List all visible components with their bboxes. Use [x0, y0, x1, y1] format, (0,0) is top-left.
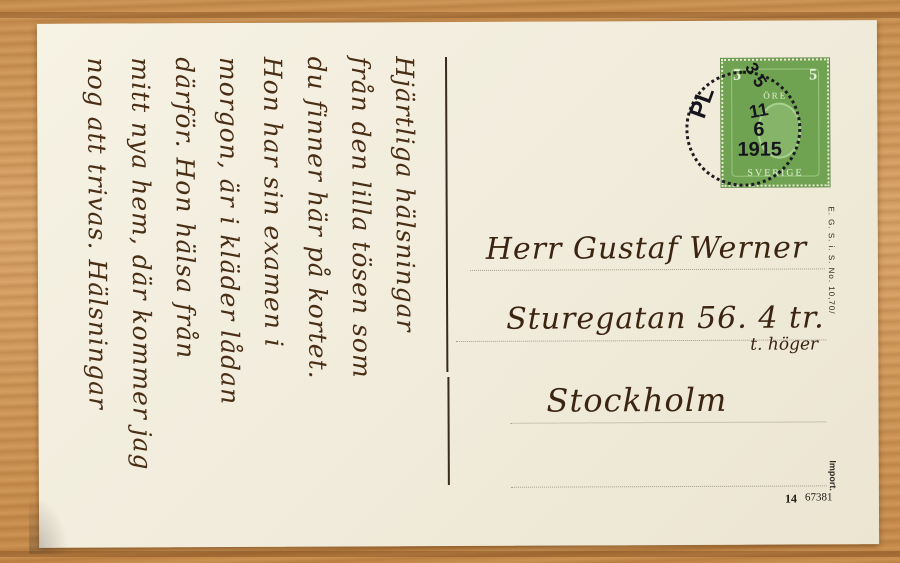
- message-area: Hjärtliga hälsningar från den lilla töse…: [59, 56, 441, 538]
- divider-line: [445, 57, 448, 372]
- address-floor-note: t. höger: [750, 334, 818, 354]
- serial-prefix: 14: [785, 492, 797, 507]
- address-rule: [511, 485, 827, 487]
- message-line: morgon, är i kläder lådan: [214, 57, 245, 405]
- divider-line: [447, 377, 449, 485]
- message-line: därför. Hon hälsa från: [170, 57, 200, 359]
- import-label: Import.: [828, 460, 838, 491]
- wood-grain: [0, 12, 900, 18]
- address-street: Sturegatan 56. 4 tr.: [506, 300, 825, 336]
- publisher-imprint: E. G. S. i. S. No. 10,70/: [827, 206, 836, 314]
- message-line: Hjärtliga hälsningar: [390, 56, 420, 332]
- message-line: från den lilla tösen som: [346, 56, 376, 378]
- address-name: Herr Gustaf Werner: [486, 230, 807, 266]
- address-rule: [470, 268, 825, 271]
- address-city: Stockholm: [546, 381, 727, 420]
- postmark-year: 1915: [737, 139, 782, 162]
- stamp-value-right: 5: [809, 66, 817, 84]
- message-line: nog att trivas. Hälsningar: [82, 58, 113, 411]
- wood-grain: [0, 551, 900, 557]
- message-line: mitt nya hem, där kommer jag: [126, 57, 157, 470]
- message-line: du finner här på kortet.: [302, 57, 332, 380]
- serial-number: 67381: [805, 491, 833, 503]
- message-line: Hon har sin examen i: [258, 57, 288, 348]
- postcard: Hjärtliga hälsningar från den lilla töse…: [37, 20, 879, 548]
- address-rule: [511, 421, 827, 423]
